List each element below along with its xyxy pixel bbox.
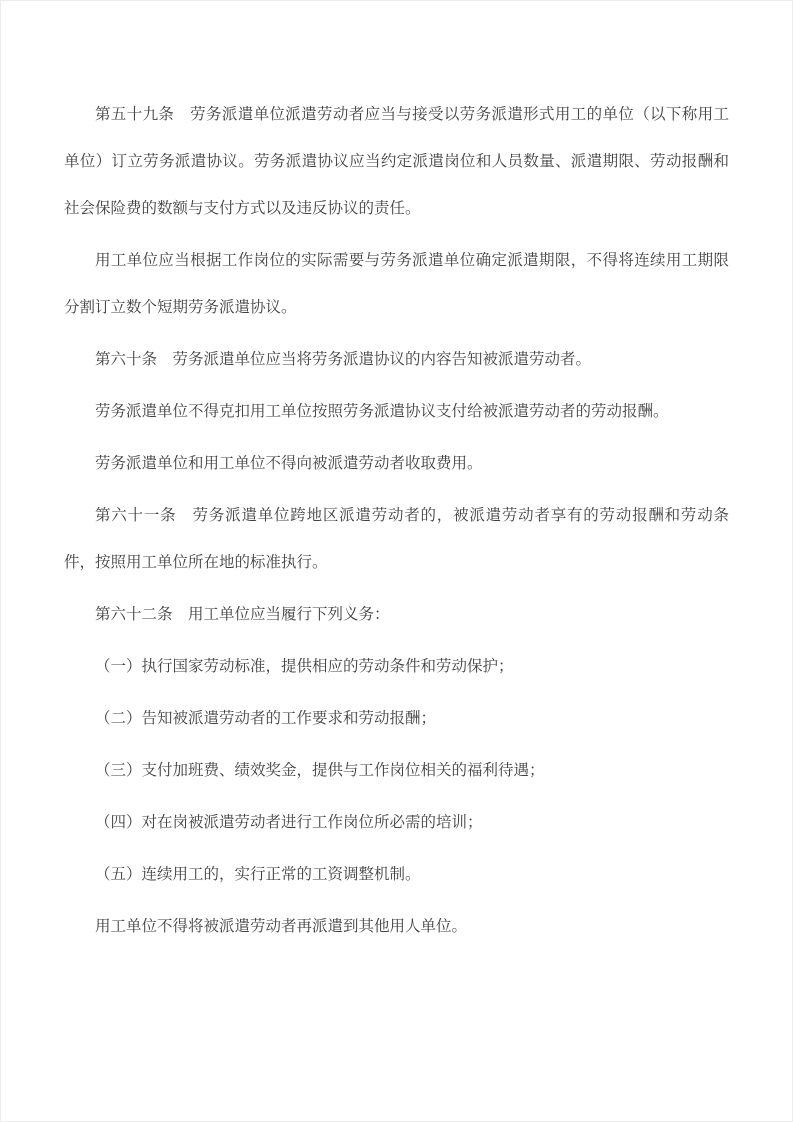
list-item-5: （五）连续用工的，实行正常的工资调整机制。 (64, 851, 729, 898)
paragraph-article-62-2: 用工单位不得将被派遣劳动者再派遣到其他用人单位。 (64, 903, 729, 950)
list-item-4: （四）对在岗被派遣劳动者进行工作岗位所必需的培训； (64, 799, 729, 846)
paragraph-article-61: 第六十一条 劳务派遣单位跨地区派遣劳动者的，被派遣劳动者享有的劳动报酬和劳动条件… (64, 492, 729, 586)
list-item-1: （一）执行国家劳动标准，提供相应的劳动条件和劳动保护； (64, 643, 729, 690)
paragraph-article-62: 第六十二条 用工单位应当履行下列义务： (64, 591, 729, 638)
paragraph-article-59: 第五十九条 劳务派遣单位派遣劳动者应当与接受以劳务派遣形式用工的单位（以下称用工… (64, 91, 729, 232)
list-item-3: （三）支付加班费、绩效奖金，提供与工作岗位相关的福利待遇； (64, 747, 729, 794)
list-item-2: （二）告知被派遣劳动者的工作要求和劳动报酬； (64, 695, 729, 742)
paragraph-article-60: 第六十条 劳务派遣单位应当将劳务派遣协议的内容告知被派遣劳动者。 (64, 336, 729, 383)
document-page: 第五十九条 劳务派遣单位派遣劳动者应当与接受以劳务派遣形式用工的单位（以下称用工… (0, 0, 793, 1122)
document-body: 第五十九条 劳务派遣单位派遣劳动者应当与接受以劳务派遣形式用工的单位（以下称用工… (64, 91, 729, 950)
paragraph-article-60-3: 劳务派遣单位和用工单位不得向被派遣劳动者收取费用。 (64, 440, 729, 487)
paragraph-article-60-2: 劳务派遣单位不得克扣用工单位按照劳务派遣协议支付给被派遣劳动者的劳动报酬。 (64, 388, 729, 435)
paragraph-article-59-2: 用工单位应当根据工作岗位的实际需要与劳务派遣单位确定派遣期限，不得将连续用工期限… (64, 237, 729, 331)
